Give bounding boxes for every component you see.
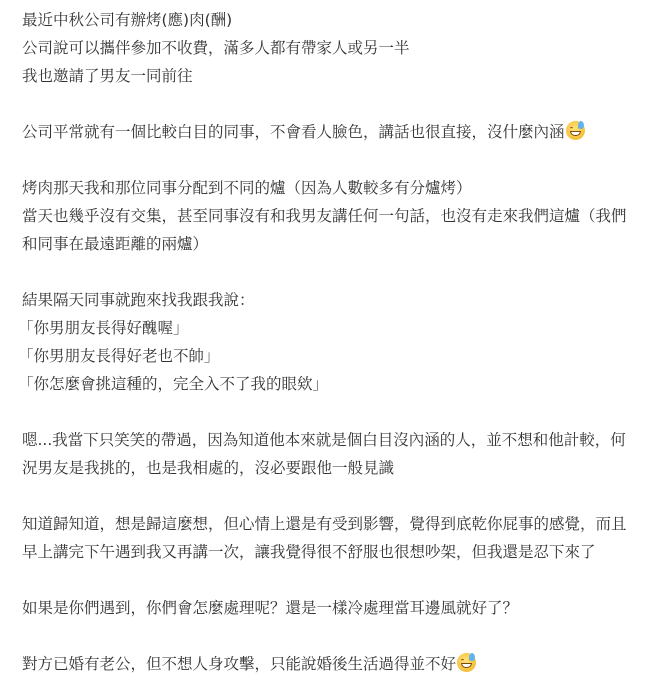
quote-line: 「你男朋友長得好醜喔」 (18, 314, 634, 342)
post-line: 當天也幾乎沒有交集，甚至同事沒有和我男友講任何一句話，也沒有走來我們這爐（我們和… (22, 202, 634, 258)
post-line: 烤肉那天我和那位同事分配到不同的爐（因為人數較多有分爐烤） (22, 174, 634, 202)
post-line-text: 對方已婚有老公，但不想人身攻擊，只能說婚後生活過得並不好 (22, 655, 456, 673)
post-line: 最近中秋公司有辦烤(應)肉(酬) (22, 6, 634, 34)
quote-line: 「你怎麼會挑這種的，完全入不了我的眼欸」 (18, 370, 634, 398)
post-line: 如果是你們遇到，你們會怎麼處理呢？還是一樣冷處理當耳邊風就好了？ (22, 594, 634, 622)
post-line: 公司說可以攜伴參加不收費，滿多人都有帶家人或另一半 (22, 34, 634, 62)
post-body: 最近中秋公司有辦烤(應)肉(酬) 公司說可以攜伴參加不收費，滿多人都有帶家人或另… (22, 6, 634, 677)
quote-line: 「你男朋友長得好老也不帥」 (18, 342, 634, 370)
post-line-text: 公司平常就有一個比較白目的同事，不會看人臉色，講話也很直接，沒什麼內涵 (22, 123, 565, 141)
post-line: 知道歸知道，想是歸這麼想，但心情上還是有受到影響，覺得到底乾你屁事的感覺，而且早… (22, 510, 634, 566)
post-line: 嗯...我當下只笑笑的帶過，因為知道他本來就是個白目沒內涵的人，並不想和他計較，… (22, 426, 634, 482)
paragraph-spacer (22, 398, 634, 426)
paragraph-spacer (22, 482, 634, 510)
post-line: 對方已婚有老公，但不想人身攻擊，只能說婚後生活過得並不好 (22, 650, 634, 677)
post-line: 公司平常就有一個比較白目的同事，不會看人臉色，講話也很直接，沒什麼內涵 (22, 118, 634, 146)
grinning-face-with-sweat-icon (566, 121, 585, 140)
paragraph-spacer (22, 90, 634, 118)
paragraph-spacer (22, 146, 634, 174)
grinning-face-with-sweat-icon (457, 653, 476, 672)
paragraph-spacer (22, 258, 634, 286)
post-line: 我也邀請了男友一同前往 (22, 62, 634, 90)
paragraph-spacer (22, 622, 634, 650)
paragraph-spacer (22, 566, 634, 594)
post-line: 結果隔天同事就跑來找我跟我說： (22, 286, 634, 314)
